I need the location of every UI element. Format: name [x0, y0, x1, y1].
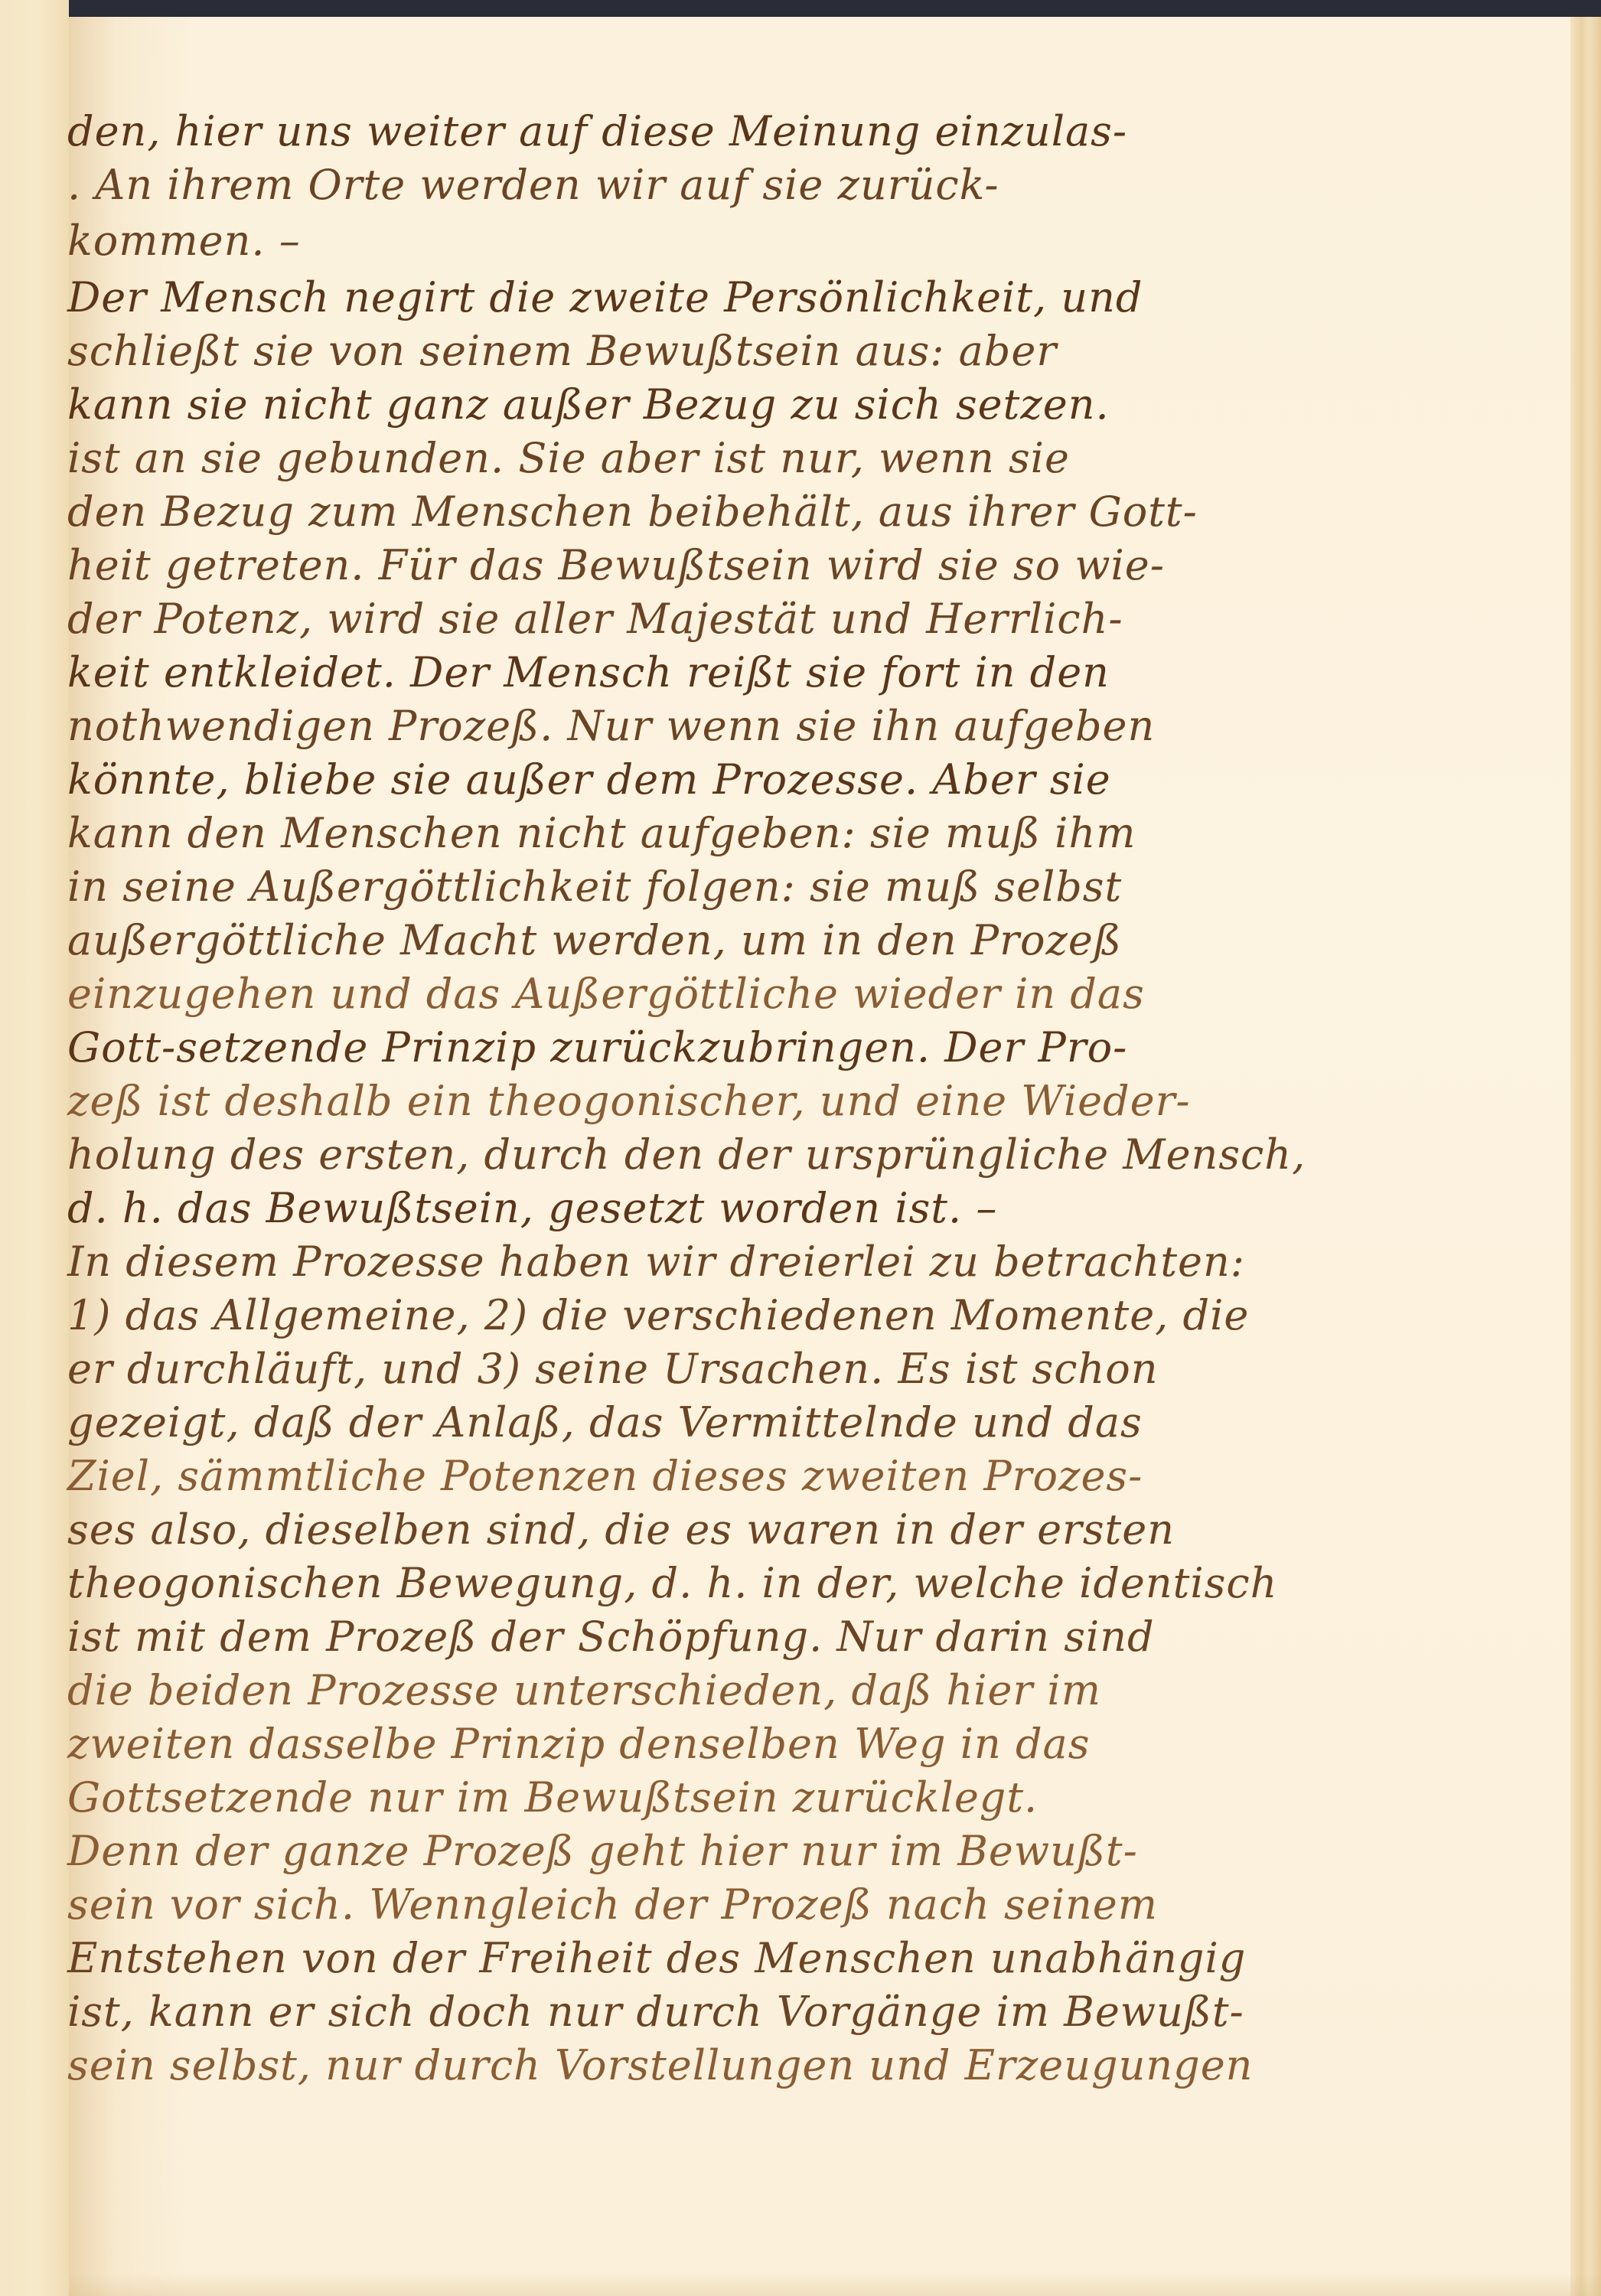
text-line: Gott-setzende Prinzip zurückzubringen. D… [67, 1023, 1127, 1071]
text-line: könnte, bliebe sie außer dem Prozesse. A… [67, 755, 1111, 804]
text-line: Der Mensch negirt die zweite Persönlichk… [67, 273, 1143, 321]
text-line: Gottsetzende nur im Bewußtsein zurückleg… [67, 1773, 1038, 1821]
text-line: holung des ersten, durch den der ursprün… [67, 1130, 1306, 1179]
text-line: einzugehen und das Außergöttliche wieder… [67, 970, 1145, 1018]
text-line: er durchläuft, und 3) seine Ursachen. Es… [67, 1345, 1159, 1393]
text-line: sein vor sich. Wenngleich der Prozeß nac… [67, 1880, 1158, 1929]
text-line: ist, kann er sich doch nur durch Vorgäng… [67, 1988, 1244, 2036]
text-line: sein selbst, nur durch Vorstellungen und… [67, 2041, 1253, 2089]
text-line: den, hier uns weiter auf diese Meinung e… [67, 107, 1127, 155]
text-line: d. h. das Bewußtsein, gesetzt worden ist… [67, 1184, 997, 1232]
text-line: 1) das Allgemeine, 2) die verschiedenen … [67, 1291, 1249, 1339]
text-line: keit entkleidet. Der Mensch reißt sie fo… [67, 648, 1110, 696]
text-line: Entstehen von der Freiheit des Menschen … [67, 1934, 1246, 1982]
text-line: Denn der ganze Prozeß geht hier nur im B… [67, 1827, 1138, 1875]
text-line: theogonischen Bewegung, d. h. in der, we… [67, 1559, 1277, 1607]
text-line: kommen. – [67, 217, 301, 265]
text-line: ist mit dem Prozeß der Schöpfung. Nur da… [67, 1613, 1155, 1661]
text-line: der Potenz, wird sie aller Majestät und … [67, 595, 1123, 643]
text-line: zeß ist deshalb ein theogonischer, und e… [67, 1077, 1191, 1125]
text-line: außergöttliche Macht werden, um in den P… [67, 916, 1122, 964]
text-line: schließt sie von seinem Bewußtsein aus: … [67, 327, 1057, 375]
text-line: kann den Menschen nicht aufgeben: sie mu… [67, 809, 1136, 857]
text-line: ist an sie gebunden. Sie aber ist nur, w… [67, 434, 1070, 482]
text-line: die beiden Prozesse unterschieden, daß h… [67, 1666, 1101, 1714]
text-line: gezeigt, daß der Anlaß, das Vermittelnde… [67, 1398, 1143, 1446]
text-line: in seine Außergöttlichkeit folgen: sie m… [67, 863, 1122, 911]
text-line: ses also, dieselben sind, die es waren i… [67, 1505, 1175, 1554]
text-line: In diesem Prozesse haben wir dreierlei z… [67, 1238, 1245, 1286]
text-line: nothwendigen Prozeß. Nur wenn sie ihn au… [67, 702, 1155, 750]
text-line: Ziel, sämmtliche Potenzen dieses zweiten… [67, 1452, 1143, 1500]
text-line: zweiten dasselbe Prinzip denselben Weg i… [67, 1720, 1090, 1768]
manuscript-text: den, hier uns weiter auf diese Meinung e… [0, 0, 1601, 2296]
text-line: kann sie nicht ganz außer Bezug zu sich … [67, 380, 1110, 429]
text-line: den Bezug zum Menschen beibehält, aus ih… [67, 488, 1198, 536]
text-line: . An ihrem Orte werden wir auf sie zurüc… [67, 161, 999, 209]
text-line: heit getreten. Für das Bewußtsein wird s… [67, 541, 1165, 589]
